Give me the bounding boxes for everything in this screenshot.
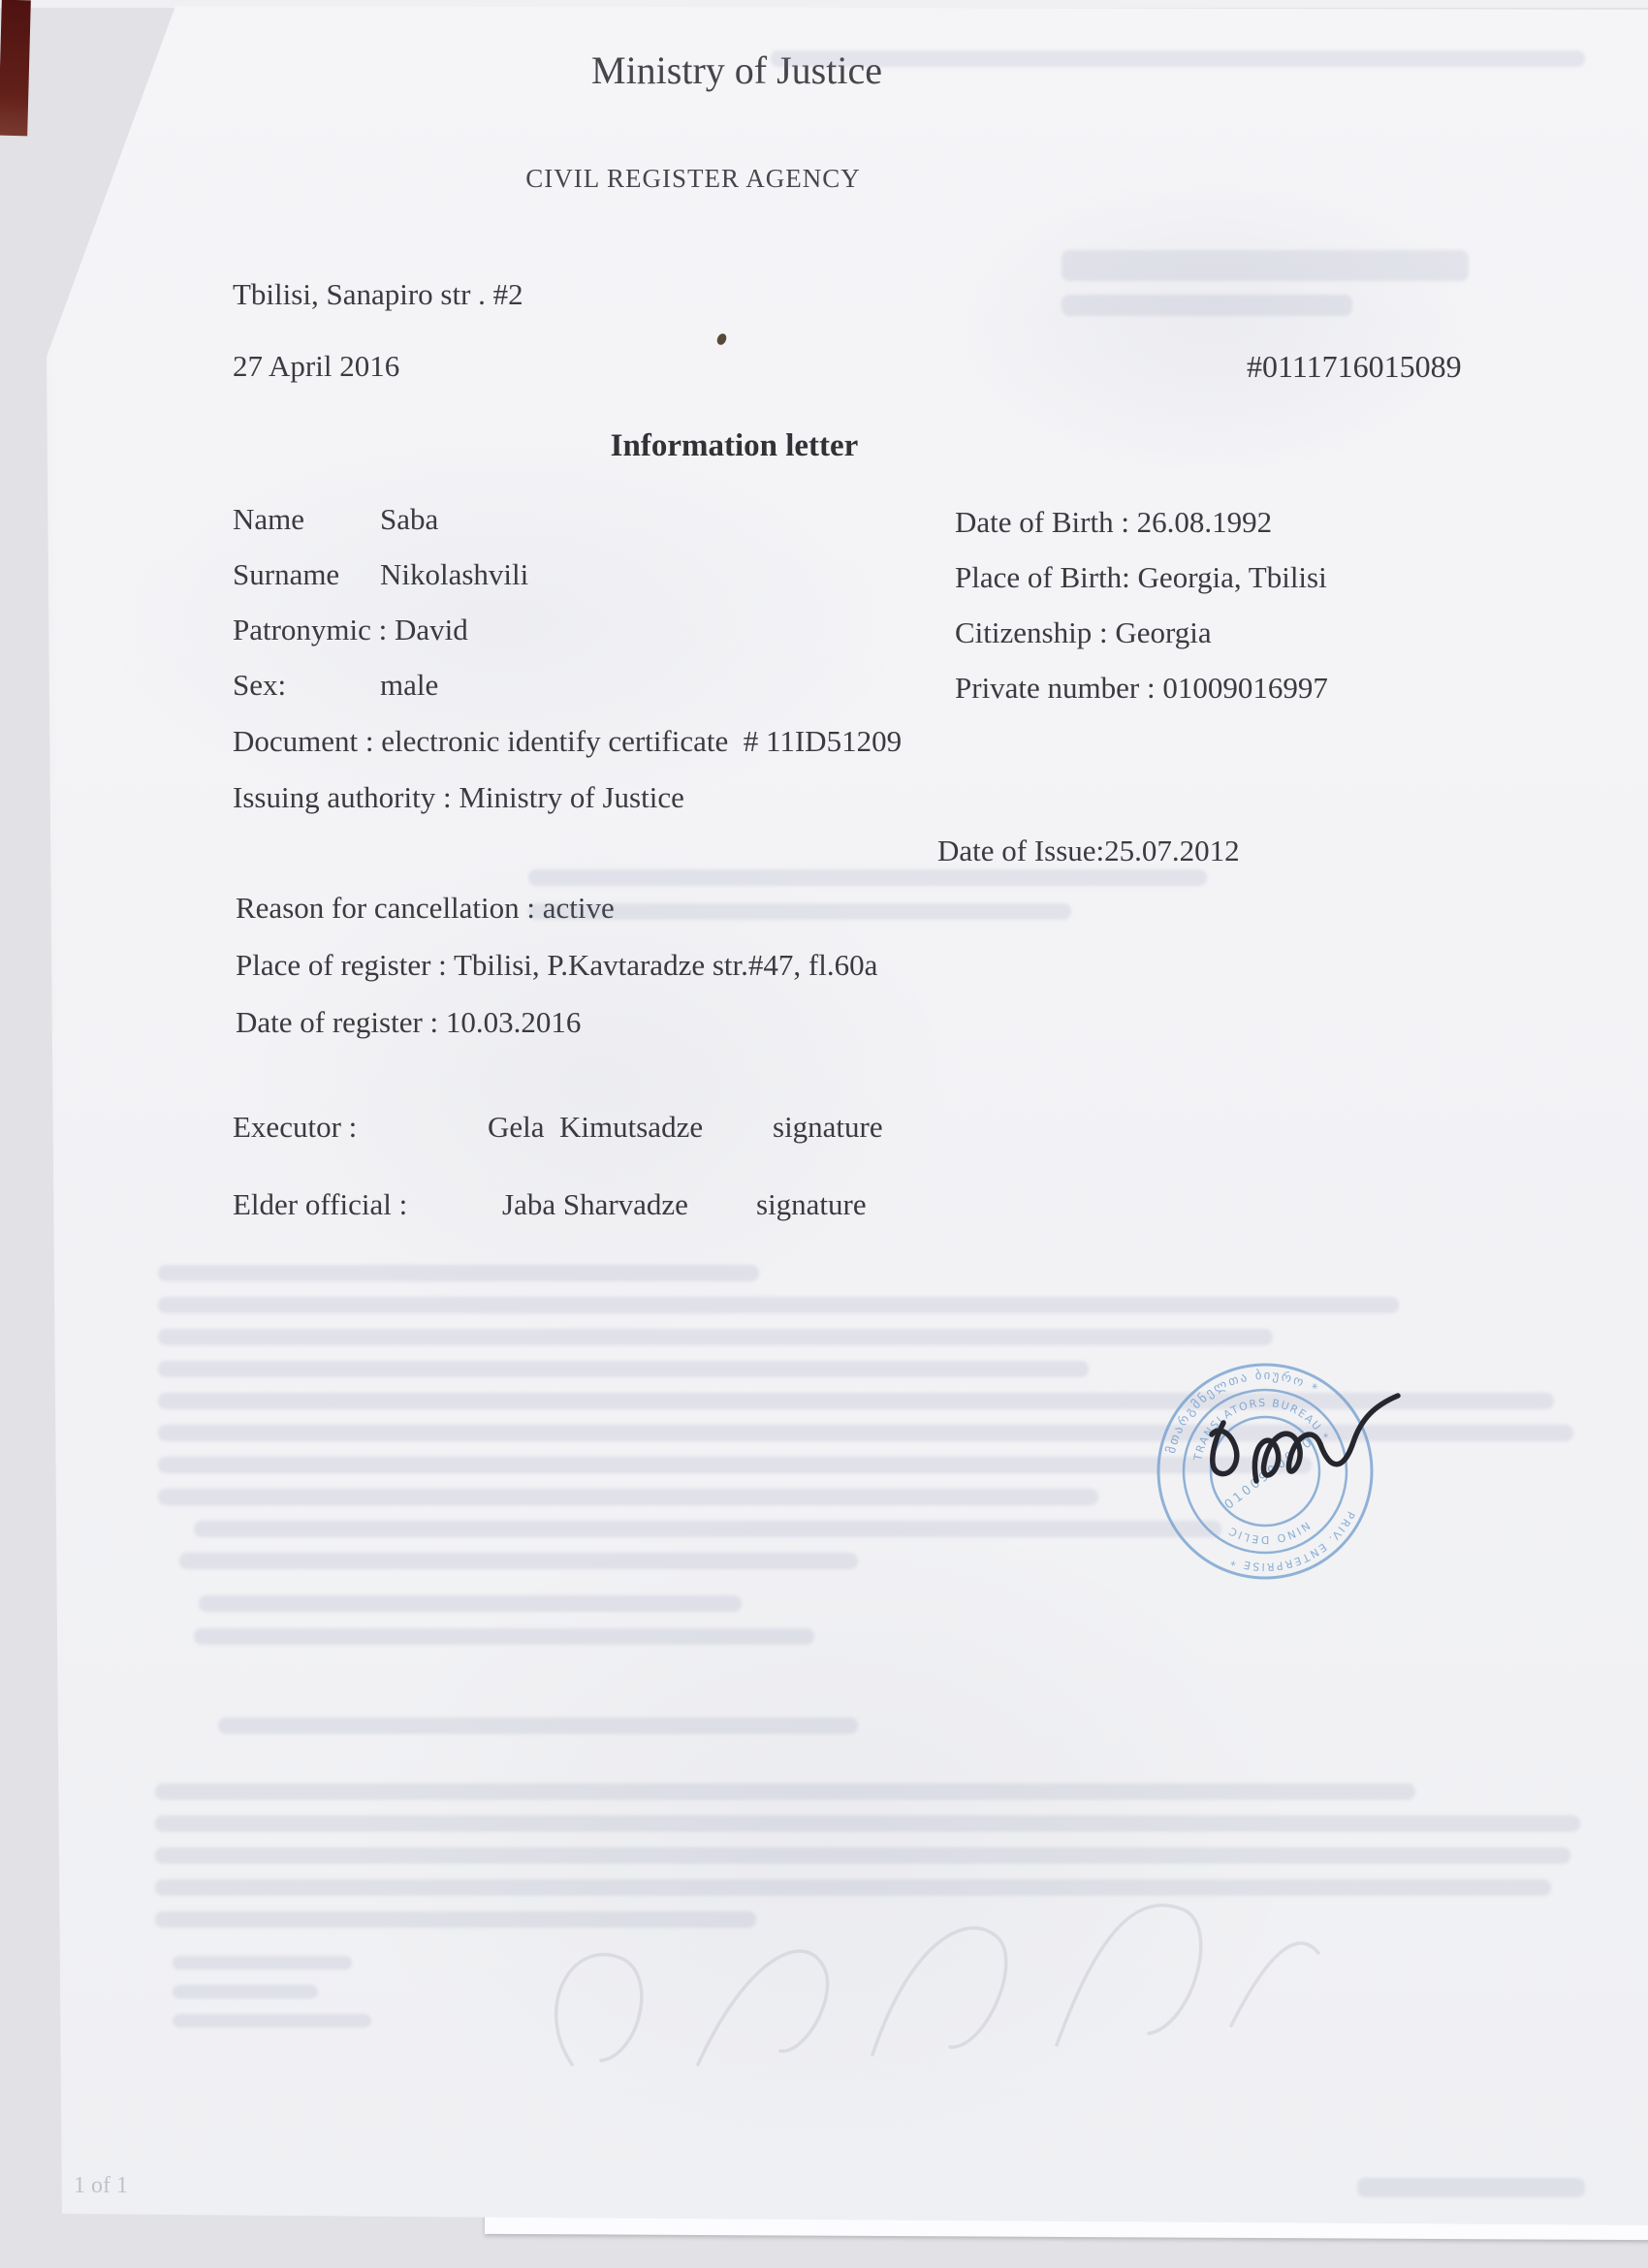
field-surname-label: Surname [233, 559, 380, 591]
executor-name: Gela Kimutsadze [488, 1112, 703, 1144]
bleed-through-timestamp [1357, 2178, 1585, 2197]
field-citizenship: Citizenship : Georgia [955, 617, 1212, 649]
bleed-through-block [1062, 250, 1469, 281]
field-name-label: Name [233, 504, 380, 536]
field-place-of-birth: Place of Birth: Georgia, Tbilisi [955, 562, 1327, 594]
bleed-through-line [179, 1553, 858, 1569]
bleed-through-line [173, 1985, 318, 1999]
field-patronymic: Patronymic : David [233, 614, 468, 646]
bleed-through-line [173, 1956, 352, 1969]
letter-date: 27 April 2016 [233, 351, 399, 383]
letter-title: Information letter [0, 429, 1469, 463]
bleed-through-line [528, 869, 1207, 886]
reference-number: #0111716015089 [1247, 351, 1462, 384]
bleed-through-line [528, 903, 1071, 920]
bleed-through-line [158, 1265, 759, 1281]
bleed-through-block [1062, 295, 1352, 316]
field-date-of-birth: Date of Birth : 26.08.1992 [955, 507, 1272, 539]
executor-role: Executor : [233, 1112, 357, 1144]
ink-speck [715, 332, 728, 347]
bleed-through-line [155, 1783, 1415, 1800]
elder-official-role: Elder official : [233, 1189, 407, 1221]
elder-official-signature-note: signature [756, 1189, 867, 1221]
scanned-letter-page: Ministry of Justice CIVIL REGISTER AGENC… [0, 0, 1648, 2268]
bleed-through-line [158, 1297, 1399, 1313]
page-indicator: 1 of 1 [74, 2173, 128, 2199]
field-private-number: Private number : 01009016997 [955, 673, 1328, 705]
field-name: NameSaba [233, 504, 438, 536]
place-of-register-line: Place of register : Tbilisi, P.Kavtaradz… [236, 950, 877, 982]
handwritten-signature [1163, 1367, 1435, 1560]
field-sex-label: Sex: [233, 670, 380, 702]
bleed-through-line [158, 1489, 1098, 1505]
executor-signature-note: signature [773, 1112, 883, 1144]
bleed-through-line [218, 1717, 858, 1734]
field-surname: SurnameNikolashvili [233, 559, 528, 591]
agency-title: CIVIL REGISTER AGENCY [0, 165, 1386, 193]
bleed-through-line [199, 1595, 742, 1612]
field-surname-value: Nikolashvili [380, 557, 528, 591]
field-name-value: Saba [380, 502, 438, 536]
binder-strip [0, 0, 31, 136]
date-of-register-line: Date of register : 10.03.2016 [236, 1007, 581, 1039]
bleed-through-signature [456, 1822, 1347, 2113]
bleed-through-line [158, 1361, 1089, 1377]
issuing-authority-line: Issuing authority : Ministry of Justice [233, 782, 684, 814]
bleed-through-line [194, 1628, 814, 1645]
bleed-through-line [158, 1329, 1273, 1345]
bleed-through-line [771, 50, 1585, 67]
field-sex-value: male [380, 668, 438, 702]
bleed-through-line [173, 2014, 371, 2028]
agency-address: Tbilisi, Sanapiro str . #2 [233, 279, 523, 311]
date-of-issue-line: Date of Issue:25.07.2012 [937, 835, 1240, 867]
document-certificate-line: Document : electronic identify certifica… [233, 726, 902, 758]
bleed-through-line [194, 1521, 1221, 1537]
elder-official-name: Jaba Sharvadze [502, 1189, 688, 1221]
field-sex: Sex:male [233, 670, 438, 702]
